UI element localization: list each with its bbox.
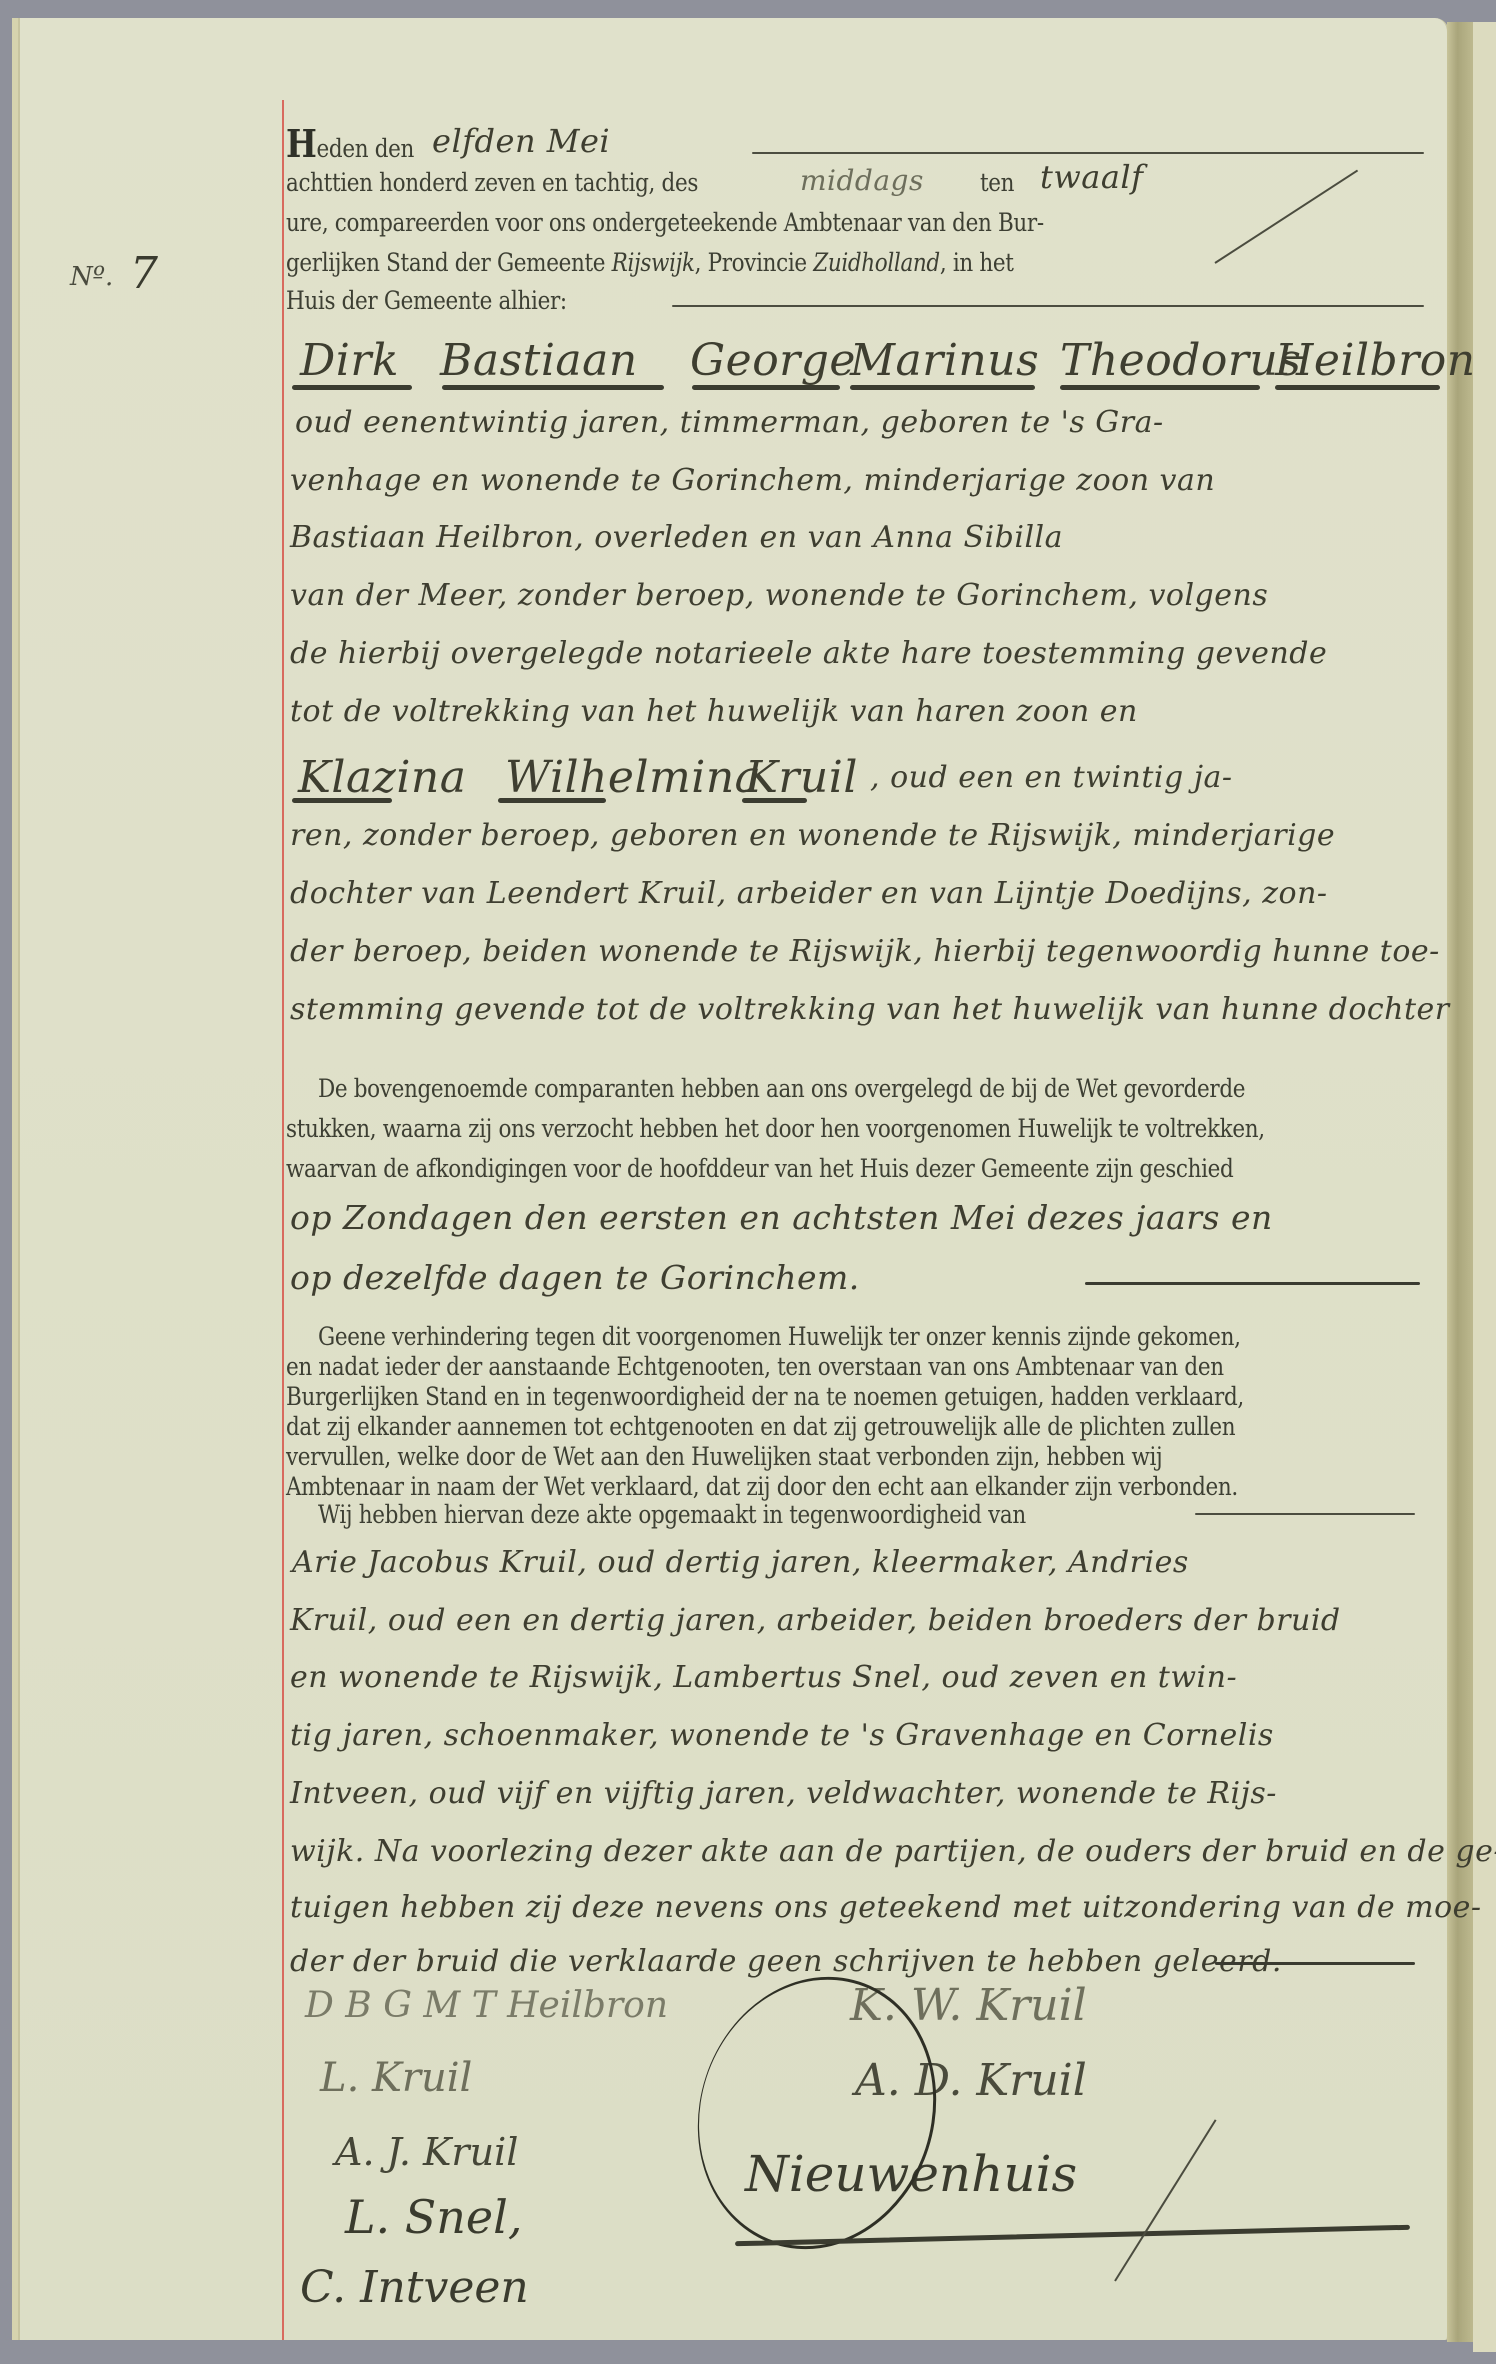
- hour-handwritten: twaalf: [1040, 158, 1143, 196]
- declaration-line: dat zij elkander aannemen tot echtgenoot…: [286, 1412, 1235, 1441]
- groom-line: oud eenentwintig jaren, timmerman, gebor…: [295, 405, 1164, 440]
- municipality-name: Rijswijk: [612, 248, 695, 277]
- underline: [692, 385, 840, 390]
- declaration-line: vervullen, welke door de Wet aan den Huw…: [286, 1442, 1162, 1471]
- proclamation-hand: op dezelfde dagen te Gorinchem.: [290, 1258, 860, 1297]
- header-line-2a: achttien honderd zeven en tachtig, des: [286, 168, 698, 197]
- proclamation-hand: op Zondagen den eersten en achtsten Mei …: [290, 1198, 1273, 1237]
- bride-name-3: Kruil: [745, 752, 858, 803]
- witness-line: tuigen hebben zij deze nevens ons geteek…: [290, 1890, 1482, 1925]
- groom-line: de hierbij overgelegde notarieele akte h…: [290, 636, 1327, 671]
- groom-line: van der Meer, zonder beroep, wonende te …: [290, 578, 1268, 613]
- bride-age: , oud een en twintig ja-: [870, 760, 1233, 795]
- fill-rule-2: [672, 305, 1424, 307]
- underline: [742, 798, 807, 803]
- witness-line: Intveen, oud vijf en vijftig jaren, veld…: [290, 1776, 1277, 1811]
- header-heden-rest: eden den: [317, 134, 414, 163]
- header-line-4: gerlijken Stand der Gemeente Rijswijk, P…: [286, 248, 1014, 277]
- signature-witness-3: L. Snel,: [345, 2190, 523, 2244]
- drop-cap-h: H: [286, 121, 317, 166]
- header-line-2b: ten: [980, 168, 1014, 197]
- witness-intro: Wij hebben hiervan deze akte opgemaakt i…: [318, 1500, 1026, 1529]
- underline: [1275, 385, 1440, 390]
- declaration-line: Geene verhindering tegen dit voorgenomen…: [318, 1322, 1241, 1351]
- signature-witness-4: C. Intveen: [300, 2262, 529, 2313]
- groom-name-2: Bastiaan: [440, 335, 638, 386]
- fill-rule-1: [752, 152, 1424, 154]
- bride-line: stemming gevende tot de voltrekking van …: [290, 992, 1450, 1027]
- bride-line: ren, zonder beroep, geboren en wonende t…: [290, 818, 1335, 853]
- witness-line: tig jaren, schoenmaker, wonende te 's Gr…: [290, 1718, 1274, 1753]
- fill-rule-4: [1195, 1513, 1415, 1515]
- witness-line: der der bruid die verklaarde geen schrij…: [290, 1944, 1282, 1979]
- groom-line: tot de voltrekking van het huwelijk van …: [290, 694, 1138, 729]
- proclamation-line: De bovengenoemde comparanten hebben aan …: [318, 1074, 1245, 1103]
- groom-line: Bastiaan Heilbron, overleden en van Anna…: [290, 520, 1063, 555]
- witness-line: en wonende te Rijswijk, Lambertus Snel, …: [290, 1660, 1237, 1695]
- underline: [850, 385, 1035, 390]
- header-line-5: Huis der Gemeente alhier:: [286, 286, 567, 315]
- fill-rule-3: [1085, 1282, 1420, 1285]
- signature-father-bride: L. Kruil: [320, 2055, 472, 2101]
- witness-line: wijk. Na voorlezing dezer akte aan de pa…: [290, 1834, 1496, 1869]
- bride-line: dochter van Leendert Kruil, arbeider en …: [290, 876, 1328, 911]
- time-of-day-handwritten: middags: [800, 164, 924, 197]
- groom-name-6: Heilbron: [1275, 335, 1476, 386]
- underline: [1060, 385, 1260, 390]
- date-handwritten: elfden Mei: [432, 122, 610, 160]
- proclamation-line: stukken, waarna zij ons verzocht hebben …: [286, 1114, 1265, 1143]
- bride-line: der beroep, beiden wonende te Rijswijk, …: [290, 934, 1440, 969]
- underline: [292, 798, 392, 803]
- fill-rule-5: [1215, 1962, 1415, 1965]
- groom-name-1: Dirk: [300, 335, 399, 386]
- underline: [498, 798, 606, 803]
- red-margin-line: [282, 100, 284, 2340]
- declaration-line: Burgerlijken Stand en in tegenwoordighei…: [286, 1382, 1244, 1411]
- signature-witness-1: A. J. Kruil: [335, 2130, 518, 2174]
- proclamation-line: waarvan de afkondigingen voor de hoofdde…: [286, 1154, 1233, 1183]
- next-page-edge: [1473, 22, 1496, 2352]
- province-name: Zuidholland: [813, 248, 940, 277]
- signature-groom: D B G M T Heilbron: [305, 1985, 668, 2026]
- witness-line: Kruil, oud een en dertig jaren, arbeider…: [290, 1603, 1341, 1638]
- declaration-line: en nadat ieder der aanstaande Echtgenoot…: [286, 1352, 1224, 1381]
- witness-line: Arie Jacobus Kruil, oud dertig jaren, kl…: [292, 1545, 1189, 1580]
- header-line-3: ure, compareerden voor ons ondergeteeken…: [286, 208, 1044, 237]
- groom-name-3: George: [690, 335, 856, 386]
- declaration-line: Ambtenaar in naam der Wet verklaard, dat…: [286, 1472, 1238, 1501]
- groom-name-4: Marinus: [850, 335, 1039, 386]
- groom-line: venhage en wonende te Gorinchem, minderj…: [290, 463, 1215, 498]
- underline: [442, 385, 664, 390]
- groom-name-5: Theodorus: [1060, 335, 1301, 386]
- header-line-1: Heden den: [286, 125, 414, 163]
- record-number-label: Nº.: [70, 262, 113, 292]
- bride-name-2: Wilhelmina: [505, 752, 761, 803]
- record-number: 7: [130, 248, 158, 299]
- bride-name-1: Klazina: [298, 752, 467, 803]
- underline: [292, 385, 412, 390]
